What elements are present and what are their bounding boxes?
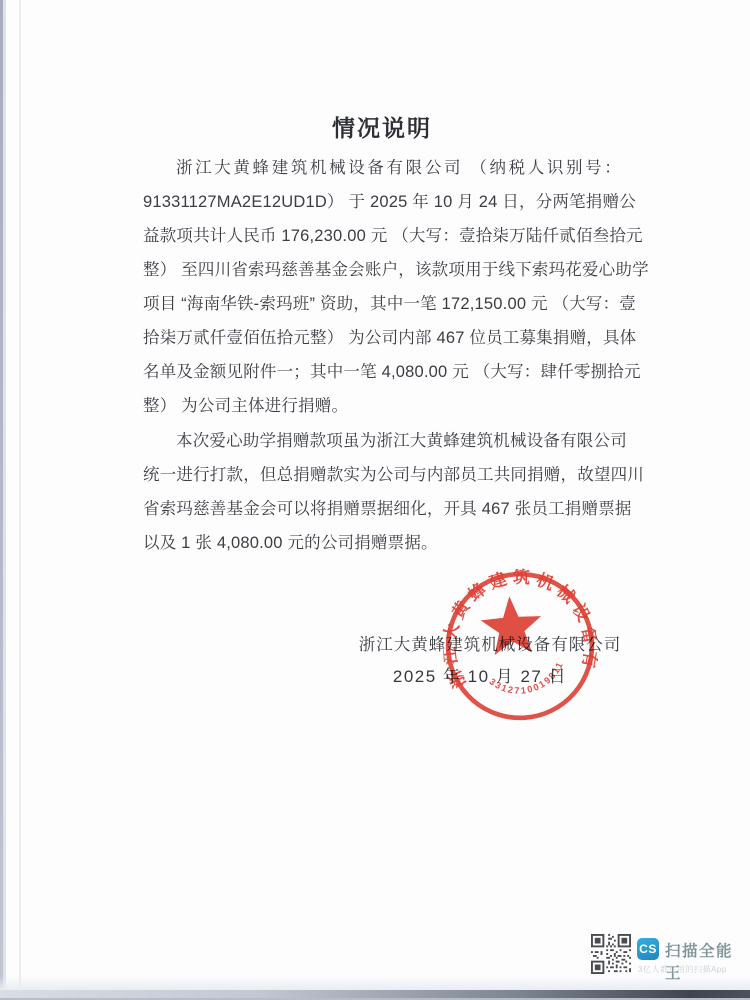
qr-code-icon xyxy=(591,934,631,974)
paragraph2-line: 省索玛慈善基金会可以将捐赠票据细化，开具 467 张员工捐赠票据 xyxy=(143,492,621,526)
company-seal: 浙江大黄蜂建筑机械设备有限公司 3312710019811 xyxy=(438,564,602,728)
paragraph2-line: 本次爱心助学捐赠款项虽为浙江大黄蜂建筑机械设备有限公司 xyxy=(143,424,621,458)
paragraph1-line: 项目 “海南华铁-索玛班” 资助，其中一笔 172,150.00 元 （大写：壹 xyxy=(143,287,621,321)
scan-left-edge-soft xyxy=(3,0,6,1000)
paragraph1-line: 整） 至四川省索玛慈善基金会账户，该款项用于线下索玛花爱心助学 xyxy=(143,253,621,287)
paragraph2-line: 统一进行打款，但总捐赠款实为公司与内部员工共同捐赠，故望四川 xyxy=(143,458,621,492)
camscanner-watermark: CS 扫描全能王 3亿人都在用的扫描App xyxy=(591,931,741,979)
paragraph1-line: 整） 为公司主体进行捐赠。 xyxy=(143,389,621,423)
paragraph1-line: 浙江大黄蜂建筑机械设备有限公司 （纳税人识别号： xyxy=(143,151,621,185)
paragraph2-line: 以及 1 张 4,080.00 元的公司捐赠票据。 xyxy=(143,526,621,560)
document-title: 情况说明 xyxy=(143,110,621,143)
paragraph1-line: 91331127MA2E12UD1D） 于 2025 年 10 月 24 日，分… xyxy=(143,185,621,219)
camscanner-logo-icon: CS xyxy=(637,938,659,960)
scanned-document-page: { "document": { "title": "情况说明", "paragr… xyxy=(0,0,750,1000)
seal-serial-number: 3312710019811 xyxy=(486,660,566,698)
svg-text:3312710019811: 3312710019811 xyxy=(486,660,566,698)
seal-star-icon xyxy=(479,594,543,656)
camscanner-app-name: 扫描全能王 xyxy=(665,939,741,983)
camscanner-tagline: 3亿人都在用的扫描App xyxy=(638,964,727,975)
scan-bottom-edge-shadow xyxy=(0,990,750,998)
paragraph1-line: 拾柒万贰仟壹佰伍拾元整） 为公司内部 467 位员工募集捐赠，具体 xyxy=(143,321,621,355)
paragraph1-line: 名单及金额见附件一；其中一笔 4,080.00 元 （大写：肆仟零捌拾元 xyxy=(143,355,621,389)
paragraph1-line: 益款项共计人民币 176,230.00 元 （大写：壹拾柒万陆仟贰佰叁拾元 xyxy=(143,219,621,253)
scan-left-fold-line xyxy=(19,0,21,996)
